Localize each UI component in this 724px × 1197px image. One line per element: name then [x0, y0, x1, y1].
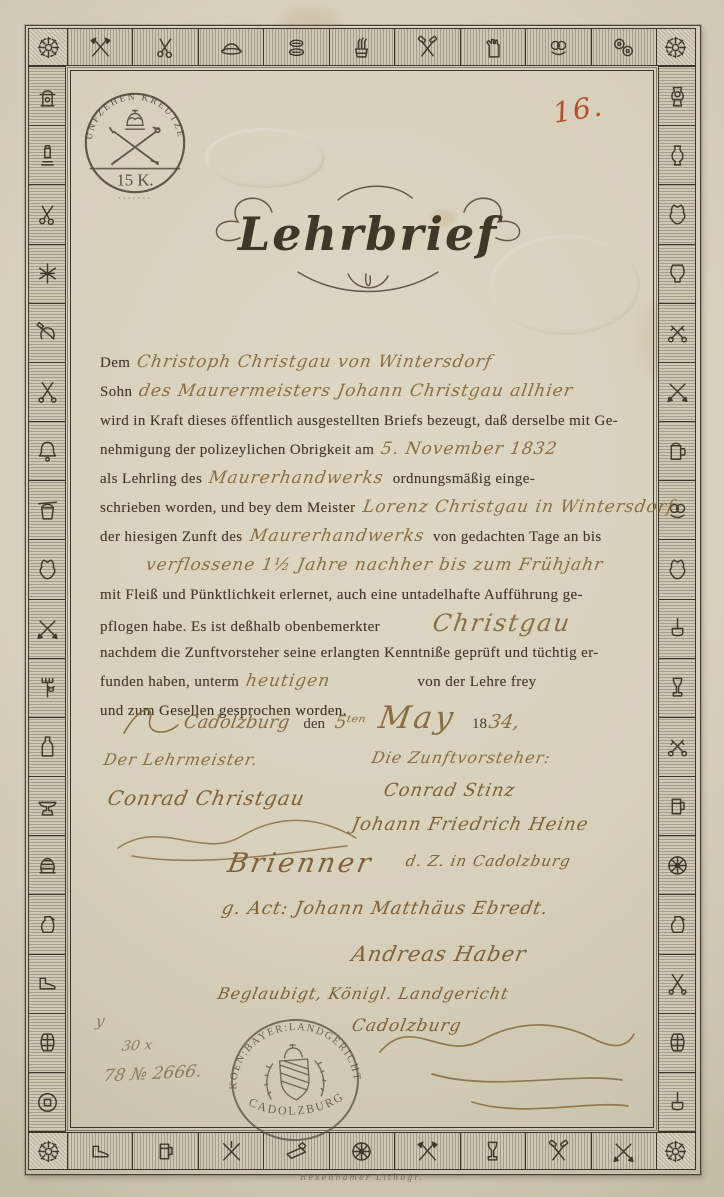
- obelisk-icon: [29, 125, 65, 184]
- court-stamp-cadolzburg: KOEN:BAYER:LANDGERICHT CADOLZBURG: [220, 1009, 371, 1151]
- revenue-stamp-15-kreutzer: FÜNFZEHEN KREUTZER 15 K. ·······: [76, 82, 194, 204]
- printed-text: mit Fleiß und Pünktlichkeit erlernet, au…: [100, 587, 583, 603]
- printed-text: nachdem die Zunftvorsteher seine erlangt…: [100, 645, 599, 661]
- bavarian-coat-of-arms-icon: [262, 1042, 328, 1102]
- dateline-flourish: [120, 703, 180, 739]
- handwritten-text: verflossene 1½ Jahre nachher bis zum Frü…: [144, 551, 606, 580]
- body-line-7: der hiesigen Zunft desMaurerhandwerksvon…: [100, 522, 648, 551]
- crossed-brushes-icon: [591, 1133, 656, 1169]
- horseshoe-hammer-icon: [29, 303, 65, 362]
- printed-text: von der Lehre frey: [417, 674, 536, 690]
- printed-text: ordnungsmäßig einge-: [393, 471, 536, 487]
- star-tools-icon: [29, 244, 65, 303]
- urn-clock-icon: [659, 67, 695, 125]
- shoe-icon: [29, 954, 65, 1013]
- stamp-denomination: 15 K.: [116, 170, 153, 189]
- handwritten-text: 5. November 1832: [379, 435, 560, 464]
- crossed-brushes-icon: [29, 599, 65, 658]
- millstone-icon: [29, 1072, 65, 1131]
- medallions-icon: [591, 29, 656, 65]
- anvil-icon: [29, 776, 65, 835]
- goblet-icon: [460, 1133, 525, 1169]
- dateline: Cadolzburg den 5ᵗᵉⁿ May 18 34,: [120, 700, 648, 742]
- dateline-place: Cadolzburg: [182, 712, 291, 733]
- sig-conrad-stinz: Conrad Stinz: [382, 780, 517, 801]
- vase-icon: [659, 125, 695, 184]
- handwritten-text: des Maurermeisters Johann Christgau allh…: [137, 377, 575, 406]
- stamp-arc-text: FÜNFZEHEN KREUTZER: [76, 82, 185, 141]
- printed-text: der hiesigen Zunft des: [100, 529, 243, 545]
- crossed-mallets-icon: [525, 1133, 590, 1169]
- bottle-icon: [29, 717, 65, 776]
- sig-dz: d. Z. in Cadolzburg: [404, 852, 572, 870]
- zunftvorsteher-label: Die Zunftvorsteher:: [370, 748, 553, 767]
- pretzel-pair-icon: [525, 29, 590, 65]
- barrel-icon: [29, 1013, 65, 1072]
- hat-icon: [198, 29, 263, 65]
- shoe-icon: [67, 1133, 132, 1169]
- dateline-day: 5ᵗᵉⁿ: [333, 712, 366, 733]
- border-band-right: [658, 66, 696, 1132]
- notary-signature-flourish: [372, 1022, 640, 1122]
- crossed-keys-icon: [659, 717, 695, 776]
- printed-text: nehmigung der polizeylichen Obrigkeit am: [100, 442, 374, 458]
- barrel-icon: [659, 1013, 695, 1072]
- pencil-note-fee: 30 x: [121, 1037, 154, 1055]
- pelt-icon: [659, 184, 695, 243]
- shears-icon: [659, 954, 695, 1013]
- tankard-icon: [659, 421, 695, 480]
- jug-icon: [29, 894, 65, 953]
- scissors-icon: [29, 184, 65, 243]
- sig-haber: Andreas Haber: [350, 942, 529, 966]
- body-line-4: nehmigung der polizeylichen Obrigkeit am…: [100, 435, 648, 464]
- handwritten-text: Lorenz Christgau in Wintersdorf: [360, 493, 676, 522]
- rosette-icon: [29, 1133, 67, 1169]
- body-line-1: DemChristoph Christgau von Wintersdorf: [100, 348, 648, 377]
- handwritten-text: Christgau: [431, 609, 574, 638]
- title-flourish-top: [338, 186, 412, 200]
- handwritten-text: Maurerhandwerks: [247, 522, 426, 551]
- printed-text: funden haben, unterm: [100, 674, 239, 690]
- rake-bee-icon: [29, 658, 65, 717]
- pelt-icon: [29, 539, 65, 598]
- rosette-icon: [29, 29, 67, 65]
- bucket-icon: [29, 480, 65, 539]
- handwritten-text: Maurerhandwerks: [207, 464, 386, 493]
- mug-icon: [132, 1133, 197, 1169]
- body-line-9: mit Fleiß und Pünktlichkeit erlernet, au…: [100, 580, 648, 609]
- dateline-century: 18: [472, 716, 487, 733]
- lehrmeister-label: Der Lehrmeister.: [102, 750, 260, 769]
- scoop-icon: [659, 599, 695, 658]
- crossed-mallets-icon: [394, 29, 459, 65]
- printed-text: als Lehrling des: [100, 471, 202, 487]
- handwritten-text: heutigen: [244, 667, 333, 696]
- pelt-icon: [659, 539, 695, 598]
- body-line-10: pflogen habe. Es ist deßhalb obenbemerkt…: [100, 609, 648, 638]
- printed-text: Dem: [100, 355, 130, 371]
- body-line-3: wird in Kraft dieses öffentlich ausgeste…: [100, 406, 648, 435]
- printed-text: pflogen habe. Es ist deßhalb obenbemerkt…: [100, 619, 380, 635]
- title-calligraphy: Lehrbrief: [198, 178, 538, 303]
- shears-icon: [29, 362, 65, 421]
- dateline-den: den: [303, 716, 325, 733]
- body-text: DemChristoph Christgau von WintersdorfSo…: [100, 348, 648, 725]
- body-line-5: als Lehrling desMaurerhandwerksordnungsm…: [100, 464, 648, 493]
- scissors-icon: [132, 29, 197, 65]
- bread-rolls-icon: [263, 29, 328, 65]
- court-stamp-arc-top: KOEN:BAYER:LANDGERICHT: [224, 1017, 362, 1090]
- shrine-icon: [29, 67, 65, 125]
- border-band-top: [28, 28, 696, 66]
- signature-block: Der Lehrmeister.Die Zunftvorsteher:Conra…: [100, 748, 648, 1048]
- stirrup-icon: [659, 244, 695, 303]
- beehive-icon: [29, 835, 65, 894]
- body-line-6: schrieben worden, und bey dem MeisterLor…: [100, 493, 648, 522]
- printed-text: schrieben worden, und bey dem Meister: [100, 500, 356, 516]
- lehrbrief-document: FÜNFZEHEN KREUTZER 15 K. ······· 16. Leh…: [0, 0, 724, 1197]
- glove-icon: [460, 29, 525, 65]
- scoop-icon: [659, 1072, 695, 1131]
- sig-brienner: Brienner: [225, 848, 376, 879]
- sig-heine: Johann Friedrich Heine: [350, 814, 591, 835]
- rosette-icon: [656, 1133, 695, 1169]
- crossed-keys-icon: [659, 303, 695, 362]
- stamp-dots: ·······: [118, 193, 152, 203]
- sig-act: g. Act: Johann Matthäus Ebredt.: [220, 898, 550, 919]
- mug-icon: [659, 776, 695, 835]
- lithographer-credit: Rexenhamer Lithogr.: [0, 1173, 724, 1182]
- rosette-icon: [656, 29, 695, 65]
- body-line-11: nachdem die Zunftvorsteher seine erlangt…: [100, 638, 648, 667]
- printed-text: von gedachten Tage an bis: [433, 529, 602, 545]
- arrow-basket-icon: [329, 29, 394, 65]
- beglaubigt-line: Beglaubigt, Königl. Landgericht: [216, 984, 510, 1003]
- crossed-axes-icon: [67, 29, 132, 65]
- crown-icon: [125, 110, 145, 130]
- jug-icon: [659, 894, 695, 953]
- wheel-icon: [659, 835, 695, 894]
- printed-text: Sohn: [100, 384, 132, 400]
- printed-text: wird in Kraft dieses öffentlich ausgeste…: [100, 413, 618, 429]
- sig-conrad-christgau: Conrad Christgau: [106, 786, 308, 810]
- dateline-month: May: [376, 700, 458, 736]
- dateline-year: 34,: [487, 711, 521, 733]
- title-flourish-under: [298, 272, 438, 292]
- body-line-8: verflossene 1½ Jahre nachher bis zum Frü…: [100, 551, 648, 580]
- handwritten-text: Christoph Christgau von Wintersdorf: [135, 348, 495, 377]
- body-line-2: Sohndes Maurermeisters Johann Christgau …: [100, 377, 648, 406]
- page-title: Lehrbrief: [236, 207, 503, 261]
- border-band-left: [28, 66, 66, 1132]
- court-stamp-arc-bottom: CADOLZBURG: [246, 1088, 348, 1121]
- goblet-icon: [659, 658, 695, 717]
- crossed-axes-icon: [394, 1133, 459, 1169]
- crossed-brushes-icon: [659, 362, 695, 421]
- bell-icon: [29, 421, 65, 480]
- crossed-sword-sceptre-icon: [109, 127, 159, 164]
- body-line-12: funden haben, untermheutigenvon der Lehr…: [100, 667, 648, 696]
